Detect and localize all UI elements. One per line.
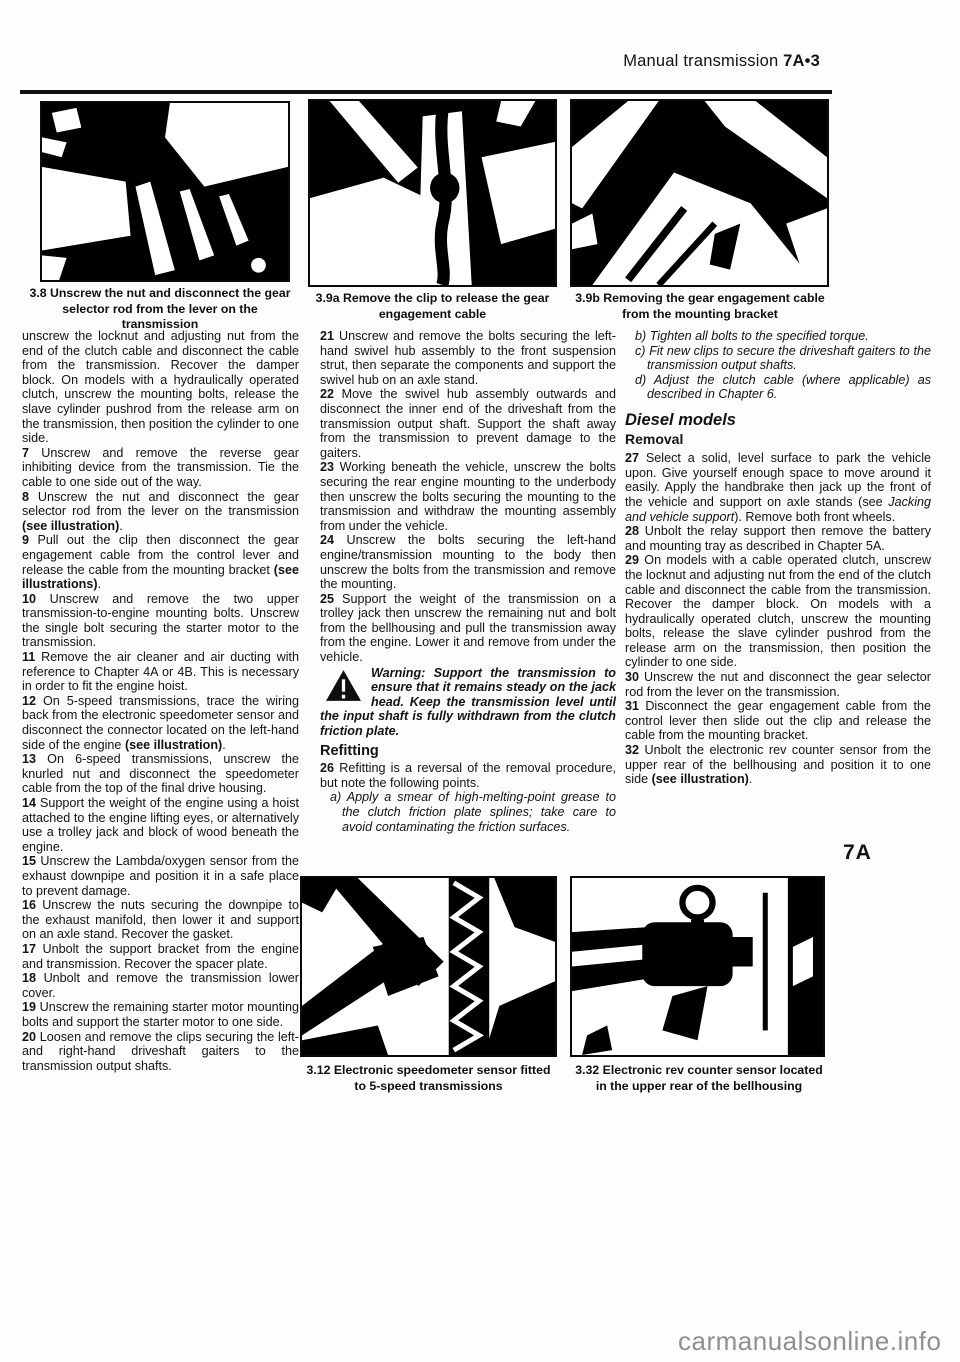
page-header: Manual transmission 7A•3 <box>520 52 820 71</box>
page-number: 7A•3 <box>783 52 820 70</box>
paragraph-15: 15 Unscrew the Lambda/oxygen sensor from… <box>22 854 299 898</box>
list-item-c: c) Fit new clips to secure the driveshaf… <box>625 344 931 373</box>
figure-3-8-photo <box>40 101 290 282</box>
paragraph-30: 30 Unscrew the nut and disconnect the ge… <box>625 670 931 699</box>
figure-3-12-caption: 3.12 Electronic speedometer sensor fitte… <box>300 1063 557 1094</box>
text-column-1: unscrew the locknut and adjusting nut fr… <box>22 329 299 1073</box>
paragraph-6-continued: unscrew the locknut and adjusting nut fr… <box>22 329 299 446</box>
paragraph-12: 12 On 5-speed transmissions, trace the w… <box>22 694 299 752</box>
warning-block: Warning: Support the transmission to ens… <box>320 666 616 739</box>
header-rule <box>20 90 832 94</box>
paragraph-20: 20 Loosen and remove the clips securing … <box>22 1030 299 1074</box>
paragraph-21: 21 Unscrew and remove the bolts securing… <box>320 329 616 387</box>
figure-3-12-artwork <box>302 878 555 1055</box>
paragraph-27: 27 Select a solid, level surface to park… <box>625 451 931 524</box>
warning-triangle-icon <box>325 669 362 702</box>
figure-3-32-photo <box>570 876 825 1057</box>
list-item-d: d) Adjust the clutch cable (where applic… <box>625 373 931 402</box>
paragraph-16: 16 Unscrew the nuts securing the downpip… <box>22 898 299 942</box>
figure-3-9b-artwork <box>572 101 827 285</box>
paragraph-13: 13 On 6-speed transmissions, unscrew the… <box>22 752 299 796</box>
paragraph-19: 19 Unscrew the remaining starter motor m… <box>22 1000 299 1029</box>
paragraph-23: 23 Working beneath the vehicle, unscrew … <box>320 460 616 533</box>
figure-3-9a-artwork <box>310 101 555 285</box>
manual-page: Manual transmission 7A•3 <box>0 0 960 1362</box>
refitting-heading: Refitting <box>320 744 616 759</box>
watermark: carmanualsonline.info <box>678 1326 941 1357</box>
paragraph-26: 26 Refitting is a reversal of the remova… <box>320 761 616 790</box>
figure-3-9a-photo <box>308 99 557 287</box>
paragraph-24: 24 Unscrew the bolts securing the left-h… <box>320 533 616 591</box>
list-item-a: a) Apply a smear of high-melting-point g… <box>320 790 616 834</box>
text-column-2: 21 Unscrew and remove the bolts securing… <box>320 329 616 834</box>
paragraph-8: 8 Unscrew the nut and disconnect the gea… <box>22 490 299 534</box>
diesel-models-heading: Diesel models <box>625 413 931 428</box>
figure-3-32-artwork <box>572 878 823 1055</box>
paragraph-31: 31 Disconnect the gear engagement cable … <box>625 699 931 743</box>
paragraph-17: 17 Unbolt the support bracket from the e… <box>22 942 299 971</box>
section-tab-7a: 7A <box>843 841 872 865</box>
figure-3-9a-caption: 3.9a Remove the clip to release the gear… <box>310 291 555 322</box>
warning-text: Warning: Support the transmission to ens… <box>320 666 616 738</box>
list-item-b: b) Tighten all bolts to the specified to… <box>625 329 931 344</box>
paragraph-22: 22 Move the swivel hub assembly outwards… <box>320 387 616 460</box>
figure-3-9b-photo <box>570 99 829 287</box>
paragraph-25: 25 Support the weight of the transmissio… <box>320 592 616 665</box>
paragraph-32: 32 Unbolt the electronic rev counter sen… <box>625 743 931 787</box>
paragraph-7: 7 Unscrew and remove the reverse gear in… <box>22 446 299 490</box>
paragraph-29: 29 On models with a cable operated clutc… <box>625 553 931 670</box>
paragraph-28: 28 Unbolt the relay support then remove … <box>625 524 931 553</box>
figure-3-12-photo <box>300 876 557 1057</box>
figure-3-32-caption: 3.32 Electronic rev counter sensor locat… <box>574 1063 824 1094</box>
text-column-3: b) Tighten all bolts to the specified to… <box>625 329 931 787</box>
figure-3-8-caption: 3.8 Unscrew the nut and disconnect the g… <box>24 286 296 333</box>
figure-3-9b-caption: 3.9b Removing the gear engagement cable … <box>574 291 826 322</box>
paragraph-11: 11 Remove the air cleaner and air ductin… <box>22 650 299 694</box>
page-header-title: Manual transmission <box>623 52 783 70</box>
paragraph-10: 10 Unscrew and remove the two upper tran… <box>22 592 299 650</box>
paragraph-9: 9 Pull out the clip then disconnect the … <box>22 533 299 591</box>
removal-heading: Removal <box>625 432 931 447</box>
paragraph-14: 14 Support the weight of the engine usin… <box>22 796 299 854</box>
paragraph-18: 18 Unbolt and remove the transmission lo… <box>22 971 299 1000</box>
figure-3-8-artwork <box>42 103 288 280</box>
